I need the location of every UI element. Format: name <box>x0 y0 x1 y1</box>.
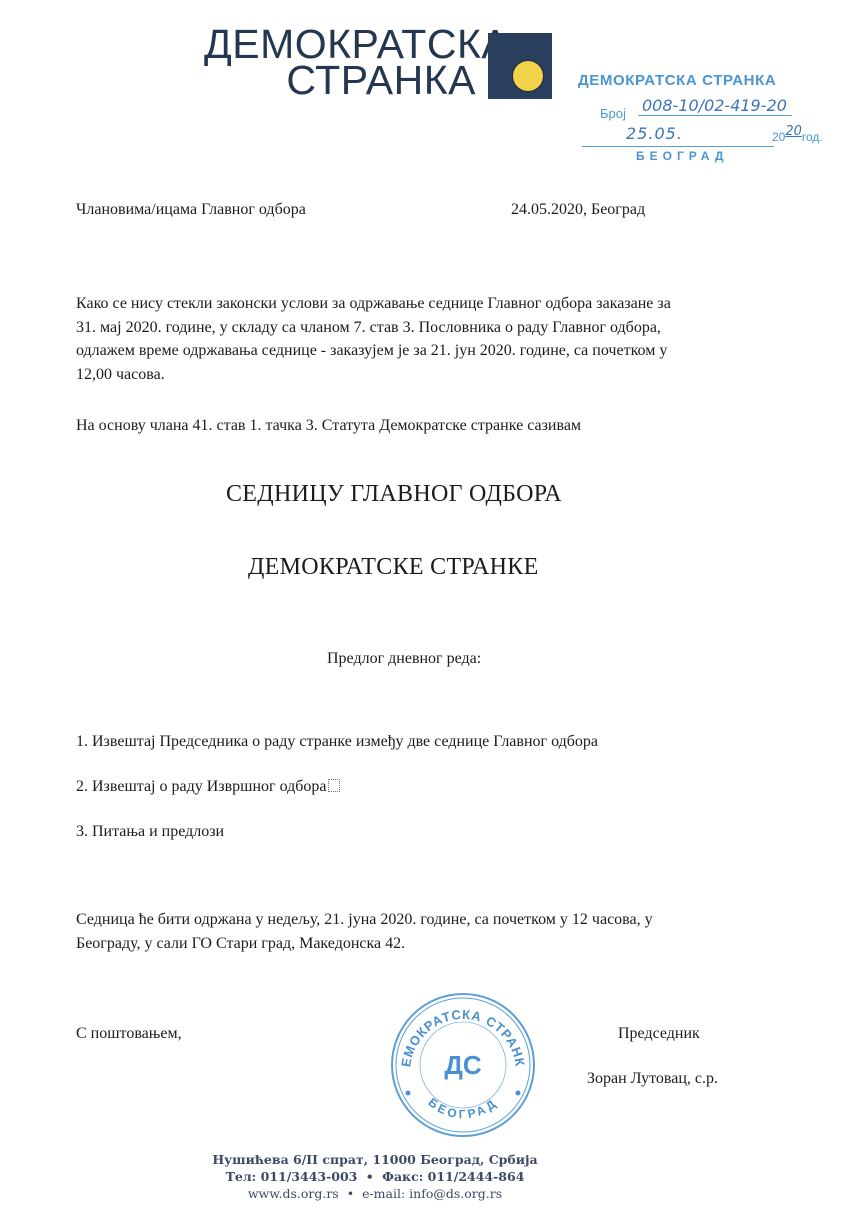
party-logo-wordmark: ДЕМОКРАТСКА СТРАНКА <box>204 26 476 98</box>
footer-address: Нушићева 6/II спрат, 11000 Београд, Срби… <box>150 1151 600 1168</box>
stamp-number-value: 008-10/02-419-20 <box>638 96 792 116</box>
bullet-separator: • <box>366 1169 374 1184</box>
document-title-line-2: ДЕМОКРАТСКЕ СТРАНКЕ <box>248 554 539 581</box>
stamp-date-value: 25.05. <box>626 124 683 143</box>
signatory-role: Председник <box>618 1024 700 1044</box>
stamp-date-line <box>582 146 774 147</box>
paragraph-line: Како се нису стекли законски услови за о… <box>76 292 796 316</box>
seal-center: ДС <box>444 1050 482 1080</box>
logo-line-2: СТРАНКА <box>204 62 476 98</box>
stamp-year-prefix: 20 <box>772 130 785 144</box>
svg-text:БЕОГРАД: БЕОГРАД <box>425 1095 500 1121</box>
stamp-city: БЕОГРАД <box>636 149 728 163</box>
stamp-year-label: год. <box>802 130 823 144</box>
bullet-separator: • <box>347 1186 354 1201</box>
stamp-year: 2020год. <box>772 130 823 145</box>
footer-web: www.ds.org.rs • e-mail: info@ds.org.rs <box>150 1185 600 1202</box>
salutation: С поштовањем, <box>76 1024 182 1044</box>
footer-contacts: Тел: 011/3443-003 • Факс: 011/2444-864 <box>150 1168 600 1185</box>
footer-fax: Факс: 011/2444-864 <box>382 1169 524 1184</box>
missing-glyph-icon <box>328 779 340 792</box>
paragraph-line: одлажем време одржавања седнице - заказу… <box>76 339 796 363</box>
agenda-item-2: 2. Извештај о раду Извршног одбора <box>76 777 340 797</box>
footer-website-link[interactable]: www.ds.org.rs <box>248 1186 339 1201</box>
party-logo-sun-icon <box>488 33 552 99</box>
footer-phone: Тел: 011/3443-003 <box>226 1169 358 1184</box>
paragraph-line: 31. мај 2020. године, у складу са чланом… <box>76 316 796 340</box>
agenda-item-3: 3. Питања и предлози <box>76 822 224 842</box>
letterhead-footer: Нушићева 6/II спрат, 11000 Београд, Срби… <box>150 1151 600 1202</box>
agenda-item-2-text: 2. Извештај о раду Извршног одбора <box>76 778 327 795</box>
party-seal-stamp: ДЕМОКРАТСКА СТРАНКА БЕОГРАД ДС <box>388 990 538 1140</box>
convening-paragraph: На основу члана 41. став 1. тачка 3. Ста… <box>76 416 581 436</box>
seal-ring-bottom: БЕОГРАД <box>425 1095 500 1121</box>
paragraph-line: Београду, у сали ГО Стари град, Македонс… <box>76 932 796 956</box>
registry-stamp: ДЕМОКРАТСКА СТРАНКА Број 008-10/02-419-2… <box>578 72 813 164</box>
footer-email-link[interactable]: e-mail: info@ds.org.rs <box>362 1186 502 1201</box>
paragraph-line: Седница ће бити одржана у недељу, 21. ју… <box>76 908 796 932</box>
stamp-organization: ДЕМОКРАТСКА СТРАНКА <box>578 72 776 89</box>
logo-yellow-dot <box>513 61 543 91</box>
paragraph-line: 12,00 часова. <box>76 363 796 387</box>
agenda-item-1: 1. Извештај Председника о раду странке и… <box>76 732 598 752</box>
agenda-label: Предлог дневног реда: <box>327 649 481 669</box>
date-place: 24.05.2020, Београд <box>511 200 645 220</box>
stamp-number-label: Број <box>600 106 626 121</box>
stamp-year-suffix: 20 <box>785 124 802 139</box>
document-title-line-1: СЕДНИЦУ ГЛАВНОГ ОДБОРА <box>226 481 562 508</box>
postponement-paragraph: Како се нису стекли законски услови за о… <box>76 292 796 386</box>
seal-icon: ДЕМОКРАТСКА СТРАНКА БЕОГРАД ДС <box>388 990 538 1140</box>
meeting-details-paragraph: Седница ће бити одржана у недељу, 21. ју… <box>76 908 796 955</box>
signatory-name: Зоран Лутовац, с.р. <box>587 1069 718 1089</box>
recipient-line: Члановима/ицама Главног одбора <box>76 200 306 220</box>
